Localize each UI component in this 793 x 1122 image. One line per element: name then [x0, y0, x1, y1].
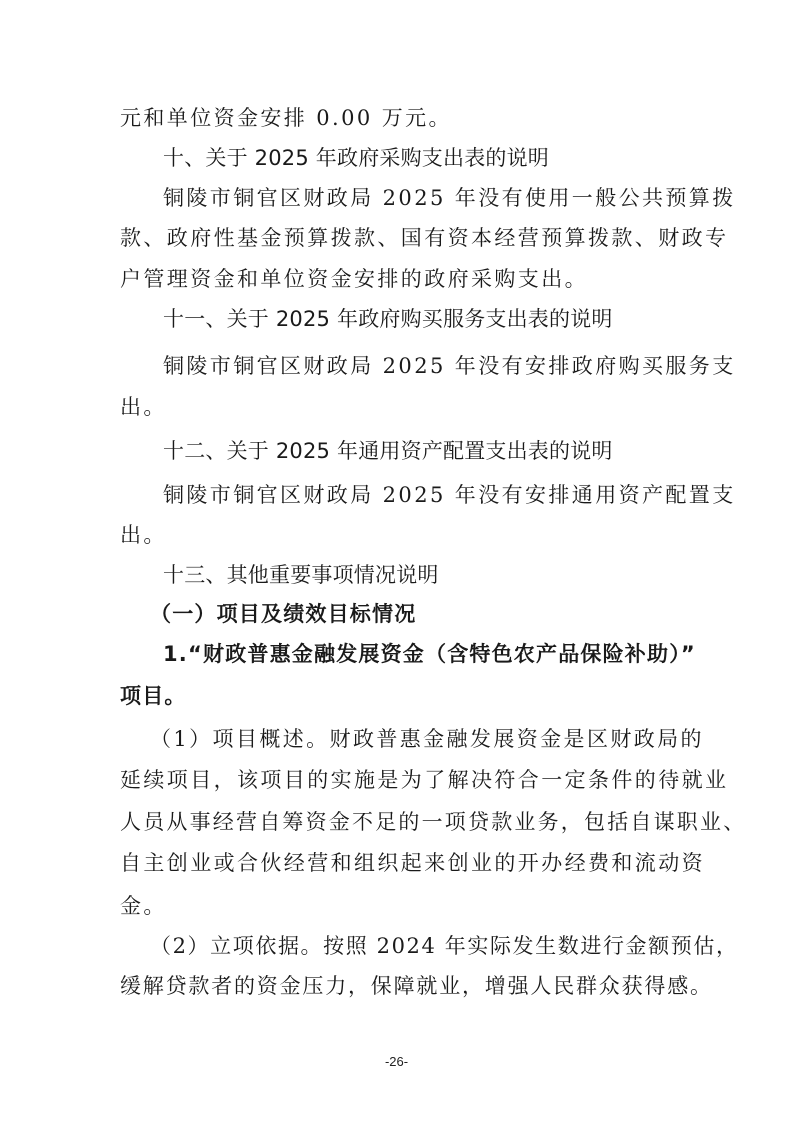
document-page: 元和单位资金安排 0.00 万元。 十、关于 2025 年政府采购支出表的说明 … — [0, 0, 793, 1122]
page-number: -26- — [0, 1054, 793, 1069]
section-heading-10: 十、关于 2025 年政府采购支出表的说明 — [163, 142, 683, 174]
paragraph-line: （1）项目概述。财政普惠金融发展资金是区财政局的 — [150, 723, 670, 755]
project-title: 1.“财政普惠金融发展资金（含特色农产品保险补助）” — [163, 638, 683, 670]
paragraph-line: 铜陵市铜官区财政局 2025 年没有使用一般公共预算拨 — [163, 182, 683, 214]
paragraph-line: 金。 — [120, 890, 680, 922]
paragraph-line: 户管理资金和单位资金安排的政府采购支出。 — [120, 263, 680, 295]
paragraph-line: 出。 — [120, 519, 680, 551]
paragraph-line: 出。 — [120, 391, 680, 423]
section-heading-13: 十三、其他重要事项情况说明 — [163, 559, 683, 591]
paragraph-line: 缓解贷款者的资金压力，保障就业，增强人民群众获得感。 — [120, 970, 680, 1002]
paragraph-line: 自主创业或合伙经营和组织起来创业的开办经费和流动资 — [120, 847, 680, 879]
paragraph-line: 铜陵市铜官区财政局 2025 年没有安排通用资产配置支 — [163, 479, 683, 511]
paragraph-line: 铜陵市铜官区财政局 2025 年没有安排政府购买服务支 — [163, 350, 683, 382]
paragraph-line: 款、政府性基金预算拨款、国有资本经营预算拨款、财政专 — [120, 222, 680, 254]
paragraph-line: 延续项目，该项目的实施是为了解决符合一定条件的待就业 — [120, 764, 680, 796]
paragraph-line: （2）立项依据。按照 2024 年实际发生数进行金额预估， — [150, 930, 670, 962]
project-title-continuation: 项目。 — [120, 680, 680, 712]
paragraph-continuation: 元和单位资金安排 0.00 万元。 — [120, 102, 680, 134]
section-heading-12: 十二、关于 2025 年通用资产配置支出表的说明 — [163, 435, 683, 467]
paragraph-line: 人员从事经营自筹资金不足的一项贷款业务，包括自谋职业、 — [120, 806, 680, 838]
subsection-heading: （一）项目及绩效目标情况 — [150, 598, 670, 630]
section-heading-11: 十一、关于 2025 年政府购买服务支出表的说明 — [163, 303, 683, 335]
